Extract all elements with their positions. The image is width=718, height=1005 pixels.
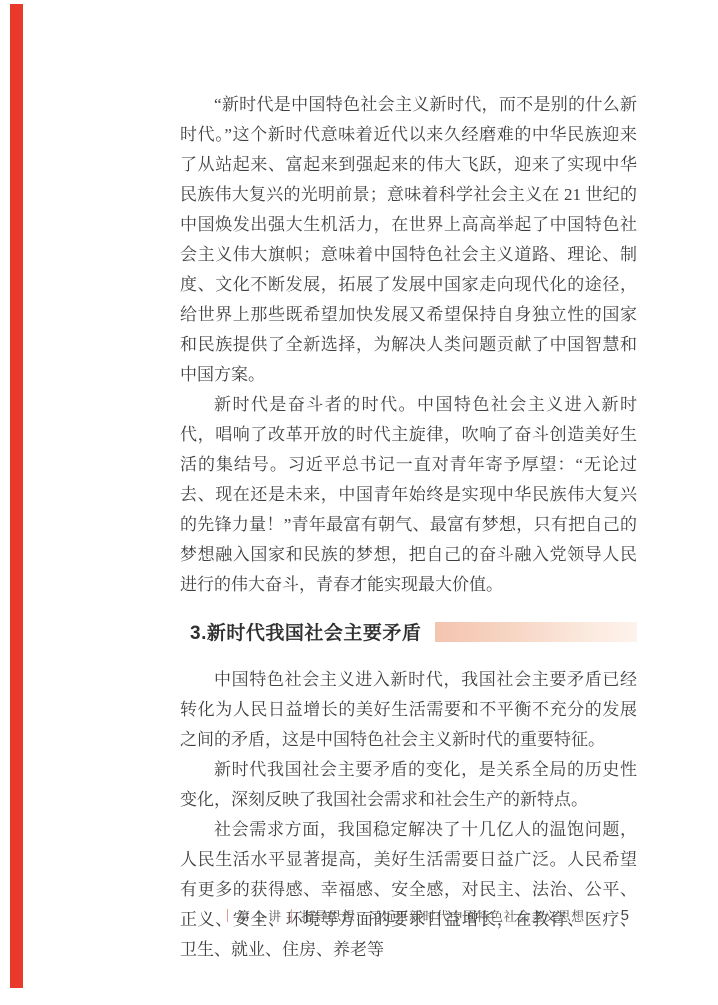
- footer-page-number: 5: [621, 907, 629, 924]
- footer-divider: [291, 909, 292, 922]
- section-heading: 3.新时代我国社会主要矛盾: [190, 618, 637, 645]
- paragraph: “新时代是中国特色社会主义新时代，而不是别的什么新时代。”这个新时代意味着近代以…: [180, 90, 637, 390]
- paragraph: 新时代是奋斗者的时代。中国特色社会主义进入新时代，唱响了改革开放的时代主旋律，吹…: [180, 390, 637, 600]
- page-content: “新时代是中国特色社会主义新时代，而不是别的什么新时代。”这个新时代意味着近代以…: [180, 90, 637, 965]
- paragraph: 社会需求方面，我国稳定解决了十几亿人的温饱问题，人民生活水平显著提高，美好生活需…: [180, 815, 637, 965]
- heading-accent-bar: [435, 622, 637, 642]
- book-page: “新时代是中国特色社会主义新时代，而不是别的什么新时代。”这个新时代意味着近代以…: [0, 0, 718, 1005]
- section-heading-text: 3.新时代我国社会主要矛盾: [190, 618, 421, 645]
- paragraph: 新时代我国社会主要矛盾的变化，是关系全局的历史性变化，深刻反映了我国社会需求和社…: [180, 755, 637, 815]
- footer-divider: [227, 909, 228, 922]
- footer-lecture-label: 第 1 讲: [237, 906, 282, 925]
- page-footer: 第 1 讲 指导思想：习近平新时代中国特色社会主义思想 5: [180, 906, 637, 925]
- book-spine-stripe: [10, 4, 23, 988]
- footer-chapter-title: 指导思想：习近平新时代中国特色社会主义思想: [301, 906, 585, 925]
- paragraph: 中国特色社会主义进入新时代，我国社会主要矛盾已经转化为人民日益增长的美好生活需要…: [180, 665, 637, 755]
